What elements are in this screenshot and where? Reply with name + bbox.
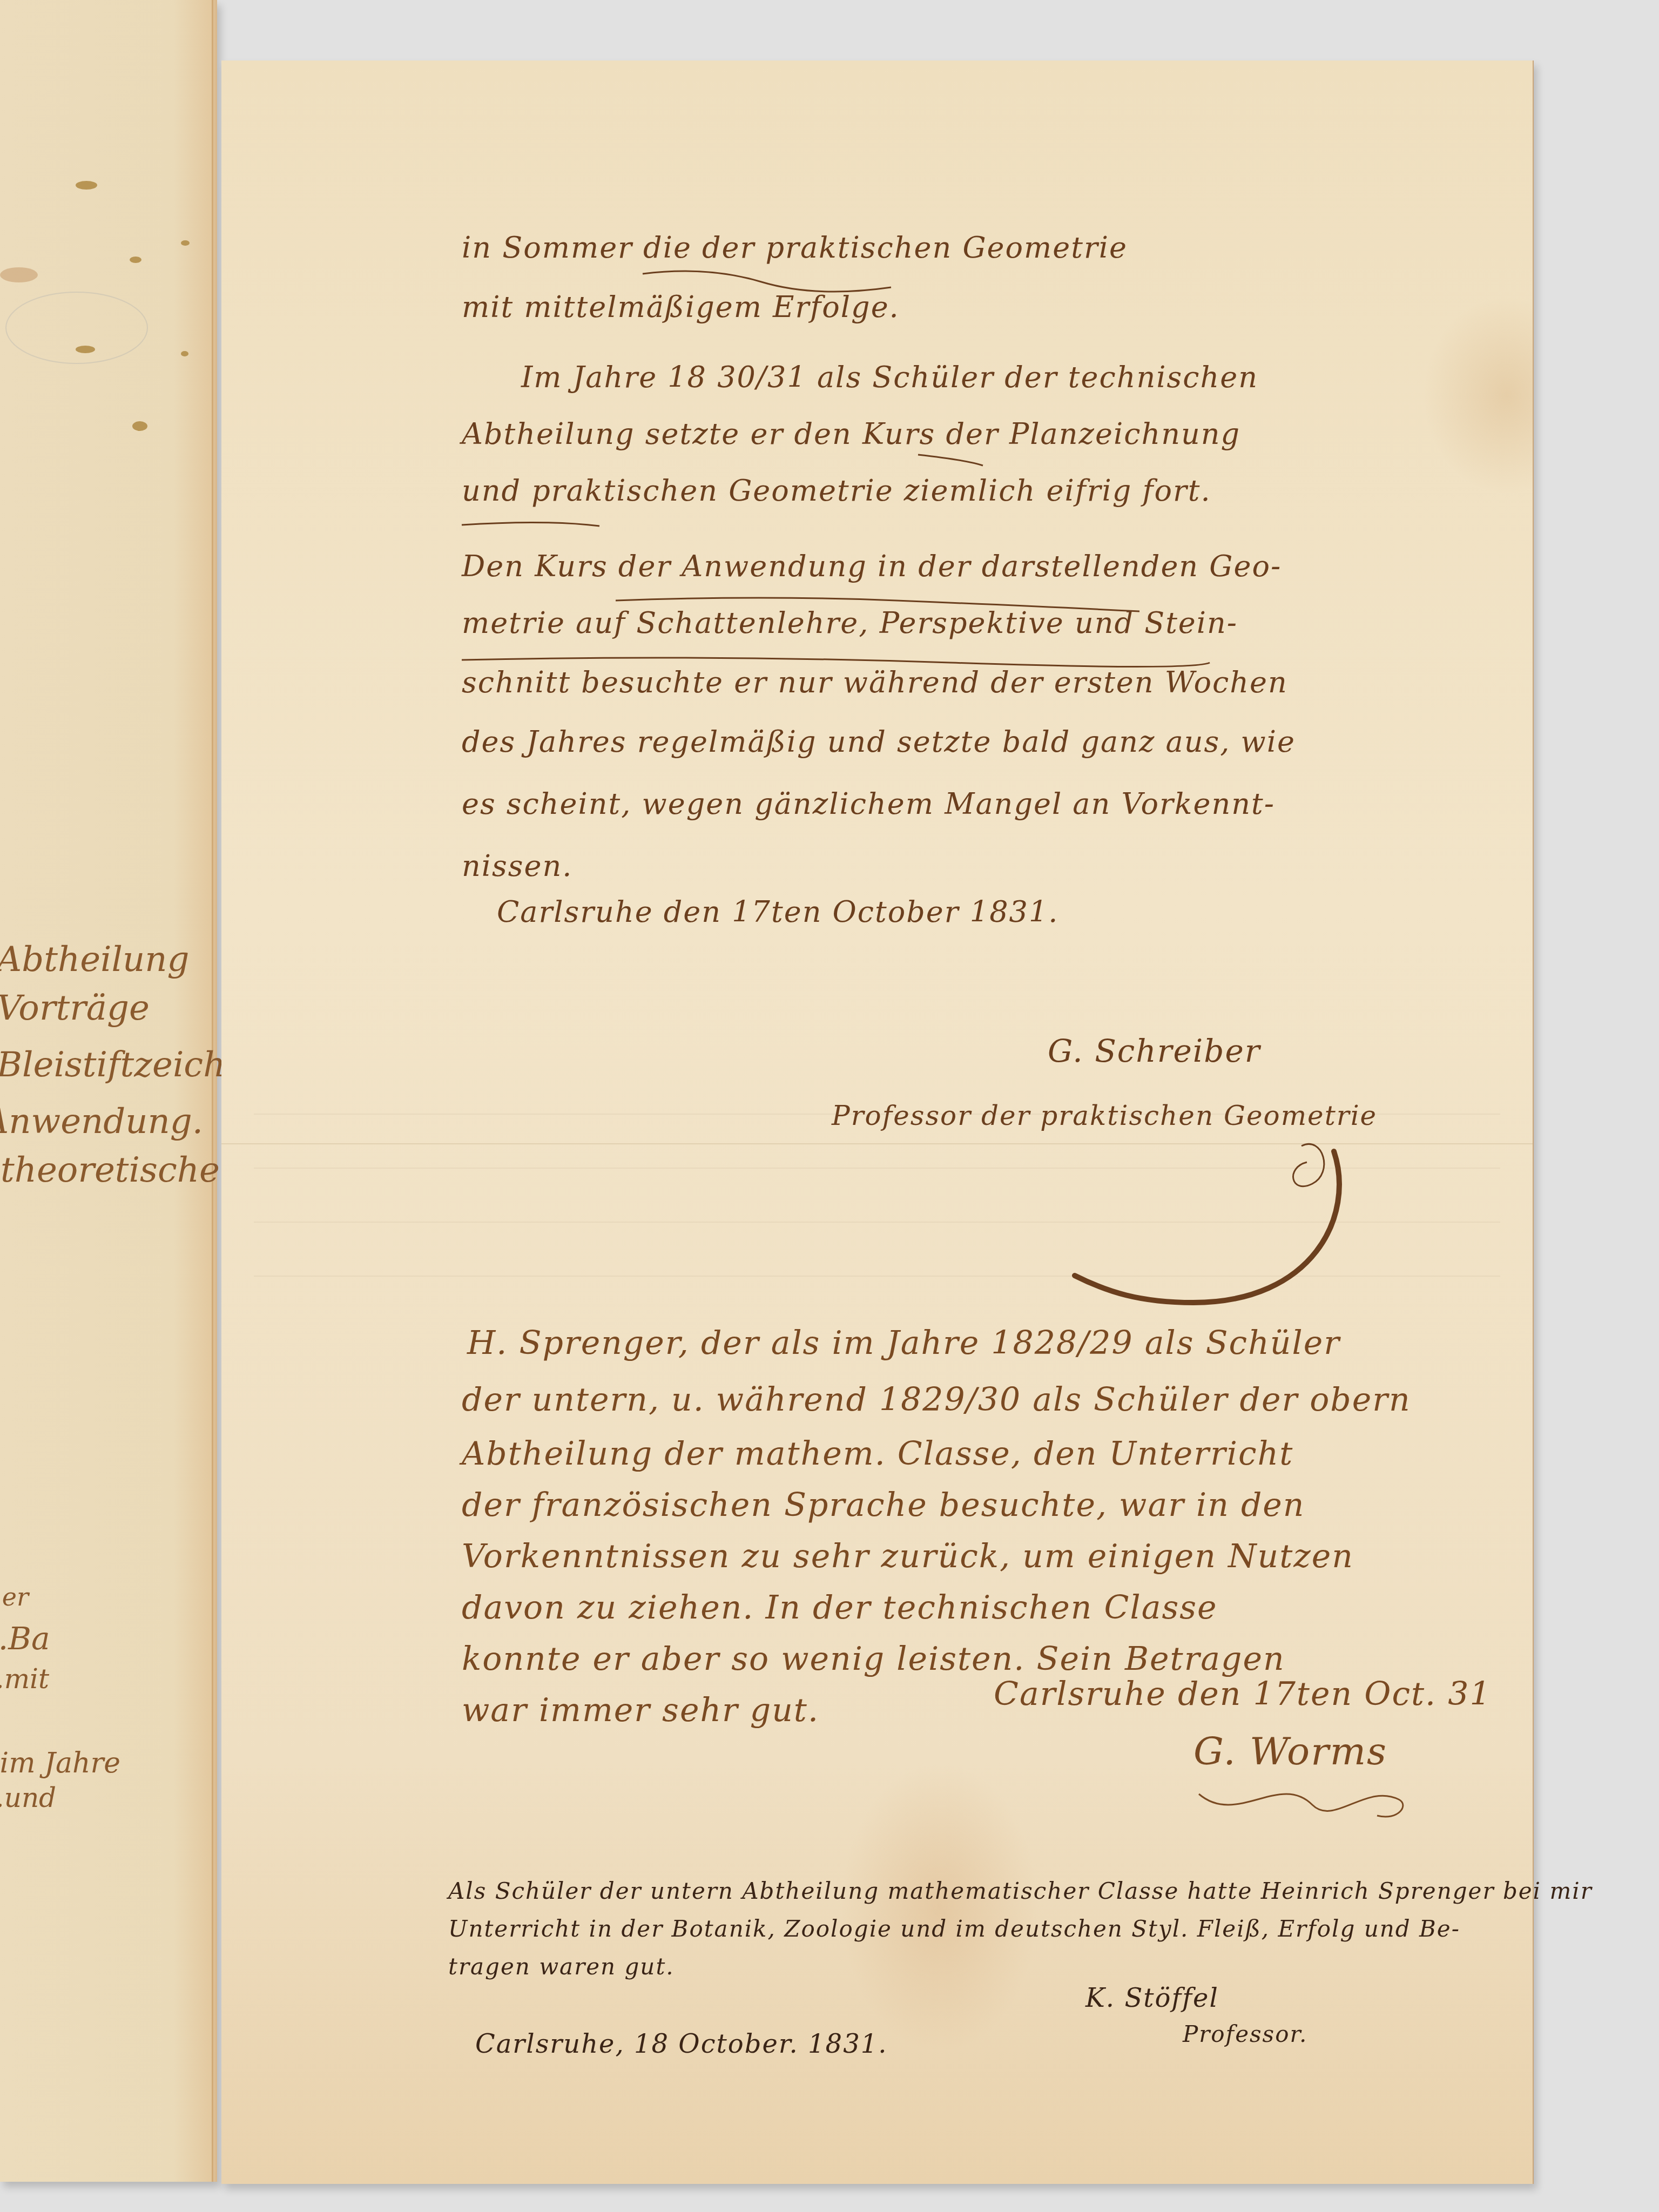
- signature-stoeffel: K. Stöffel: [1085, 1983, 1219, 2013]
- text-line: H. Sprenger, der als im Jahre 1828/29 al…: [467, 1324, 1340, 1362]
- text-line: es scheint, wegen gänzlichem Mangel an V…: [462, 787, 1275, 821]
- certificate-page: in Sommer die der praktischen Geometrie …: [221, 60, 1534, 2184]
- text-line: Vorkenntnissen zu sehr zurück, um einige…: [462, 1537, 1354, 1575]
- text-line: Abtheilung der mathem. Classe, den Unter…: [462, 1435, 1293, 1473]
- place-date: Carlsruhe den 17ten Oct. 31: [994, 1675, 1492, 1713]
- text-line: tragen waren gut.: [448, 1953, 675, 1980]
- signature-flourish-icon: [977, 1141, 1355, 1335]
- page-fold-edge: [212, 0, 213, 2182]
- underline-strokes: [221, 60, 1533, 709]
- signature-schreiber: G. Schreiber: [1048, 1033, 1261, 1069]
- worm-hole: [130, 257, 141, 263]
- left-fragment: ...Ba: [0, 1620, 50, 1657]
- signature-flourish-icon: [1193, 1762, 1420, 1837]
- embossed-stamp-mark: [5, 292, 148, 364]
- left-page: Abtheilung Vorträge Bleistiftzeichnungen…: [0, 0, 217, 2182]
- worm-hole: [76, 181, 97, 190]
- text-line: der französischen Sprache besuchte, war …: [462, 1486, 1305, 1524]
- text-line: davon zu ziehen. In der technischen Clas…: [462, 1589, 1218, 1627]
- left-fragment: ...er: [0, 1582, 29, 1611]
- left-fragment: ...im Jahre: [0, 1747, 120, 1779]
- signature-title: Professor der praktischen Geometrie: [832, 1100, 1377, 1131]
- worm-hole: [132, 421, 147, 431]
- left-fragment: Abtheilung: [0, 940, 189, 980]
- ink-stain: [0, 267, 38, 282]
- text-line: des Jahres regelmäßig und setzte bald ga…: [462, 725, 1296, 759]
- place-date: Carlsruhe den 17ten October 1831.: [497, 895, 1058, 929]
- text-line: war immer sehr gut.: [462, 1691, 819, 1729]
- text-line: Als Schüler der untern Abtheilung mathem…: [448, 1878, 1593, 1904]
- text-line: Unterricht in der Botanik, Zoologie und …: [448, 1916, 1460, 1942]
- left-fragment: ...und: [0, 1782, 56, 1813]
- text-line: nissen.: [462, 849, 572, 883]
- left-fragment: ...mit: [0, 1663, 49, 1695]
- left-fragment: Anwendung.: [0, 1102, 203, 1142]
- worm-hole: [181, 351, 188, 356]
- left-fragment: ...theoretischen: [0, 1150, 242, 1190]
- text-line: konnte er aber so wenig leisten. Sein Be…: [462, 1640, 1285, 1678]
- signature-title: Professor.: [1183, 2021, 1307, 2047]
- left-fragment: Vorträge: [0, 988, 150, 1028]
- place-date: Carlsruhe, 18 October. 1831.: [475, 2029, 887, 2059]
- worm-hole: [181, 240, 190, 246]
- text-line: der untern, u. während 1829/30 als Schül…: [462, 1381, 1411, 1419]
